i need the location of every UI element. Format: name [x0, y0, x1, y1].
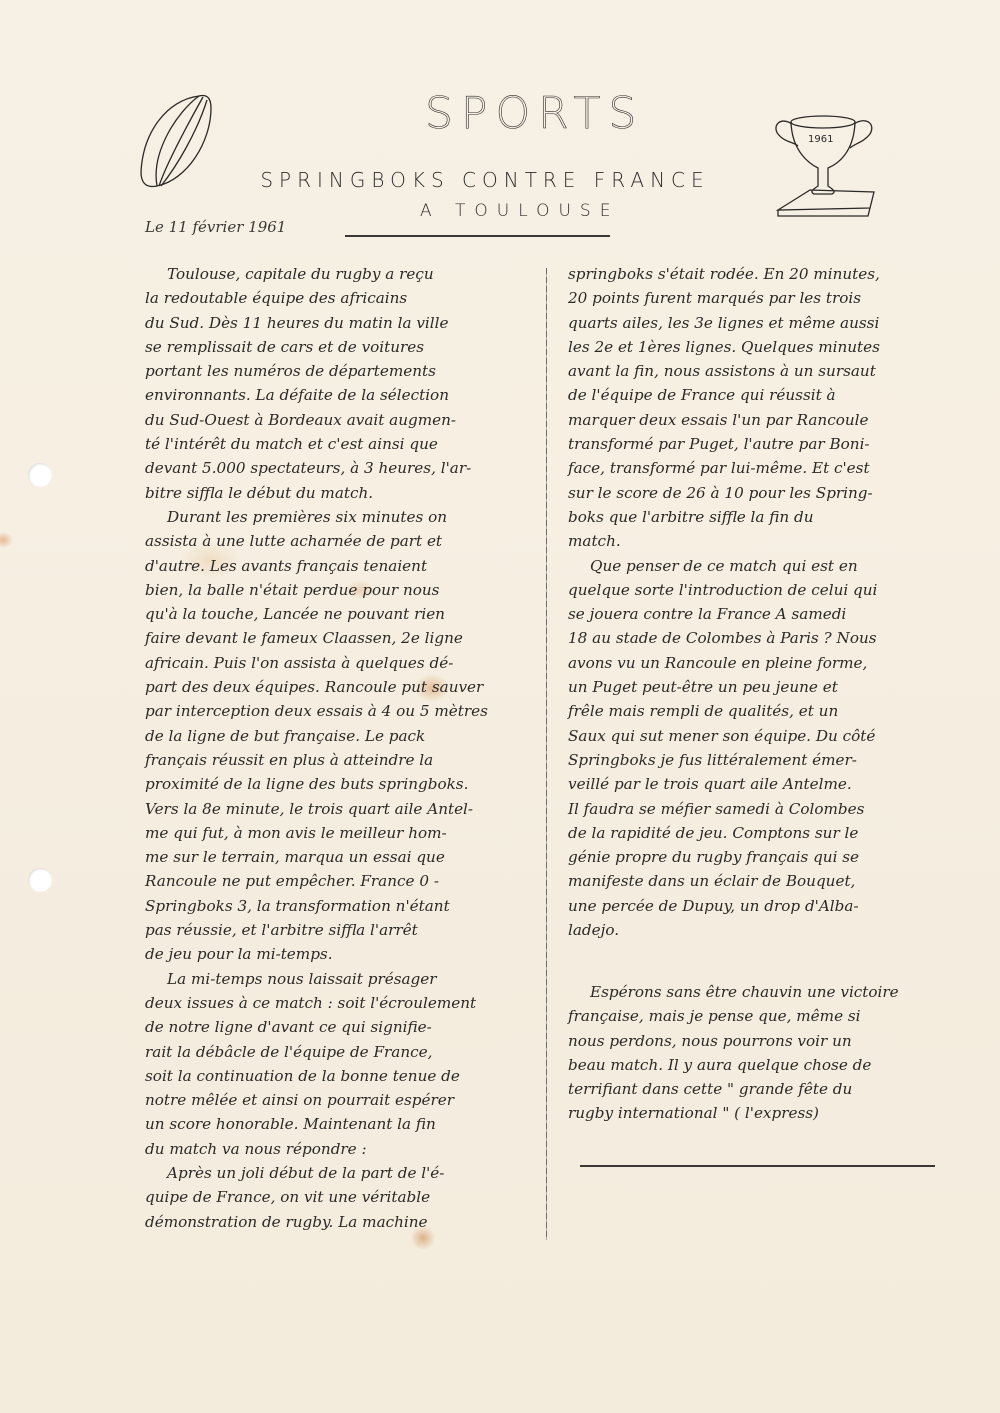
text-line: pas réussie, et l'arbitre siffla l'arrêt — [145, 918, 530, 942]
closing-divider — [580, 1165, 935, 1167]
text-line: se jouera contre la France A samedi — [568, 602, 968, 626]
text-line: boks que l'arbitre siffle la fin du — [568, 505, 968, 529]
text-line: beau match. Il y aura quelque chose de — [568, 1053, 968, 1077]
text-line: bien, la balle n'était perdue pour nous — [145, 578, 530, 602]
text-line: assista à une lutte acharnée de part et — [145, 529, 530, 553]
text-line: me qui fut, à mon avis le meilleur hom- — [145, 821, 530, 845]
text-line: Après un joli début de la part de l'é- — [145, 1161, 530, 1185]
text-line: français réussit en plus à atteindre la — [145, 748, 530, 772]
text-line: la redoutable équipe des africains — [145, 286, 530, 310]
text-line: de notre ligne d'avant ce qui signifie- — [145, 1015, 530, 1039]
text-line: Espérons sans être chauvin une victoire — [568, 980, 968, 1004]
text-line: française, mais je pense que, même si — [568, 1004, 968, 1028]
text-line: avant la fin, nous assistons à un sursau… — [568, 359, 968, 383]
text-line: africain. Puis l'on assista à quelques d… — [145, 651, 530, 675]
text-line: qu'à la touche, Lancée ne pouvant rien — [145, 602, 530, 626]
text-line: de la ligne de but française. Le pack — [145, 724, 530, 748]
text-line: quarts ailes, les 3e lignes et même auss… — [568, 311, 968, 335]
article-date: Le 11 février 1961 — [145, 218, 286, 236]
text-line: bitre siffla le début du match. — [145, 481, 530, 505]
text-line: faire devant le fameux Claassen, 2e lign… — [145, 626, 530, 650]
text-line: notre mêlée et ainsi on pourrait espérer — [145, 1088, 530, 1112]
text-line: par interception deux essais à 4 ou 5 mè… — [145, 699, 530, 723]
text-line: té l'intérêt du match et c'est ainsi que — [145, 432, 530, 456]
column-divider — [546, 268, 547, 1240]
text-line: manifeste dans un éclair de Bouquet, — [568, 869, 968, 893]
text-line: génie propre du rugby français qui se — [568, 845, 968, 869]
text-line: Il faudra se méfier samedi à Colombes — [568, 797, 968, 821]
article-headline: SPRINGBOKS CONTRE FRANCE — [205, 168, 765, 192]
text-line: du Sud. Dès 11 heures du matin la ville — [145, 311, 530, 335]
text-line: transformé par Puget, l'autre par Boni- — [568, 432, 968, 456]
text-line: Saux qui sut mener son équipe. Du côté — [568, 724, 968, 748]
text-line: environnants. La défaite de la sélection — [145, 383, 530, 407]
text-line: face, transformé par lui-même. Et c'est — [568, 456, 968, 480]
text-line: marquer deux essais l'un par Rancoule — [568, 408, 968, 432]
text-line: un Puget peut-être un peu jeune et — [568, 675, 968, 699]
text-line: Rancoule ne put empêcher. France 0 - — [145, 869, 530, 893]
text-line: avons vu un Rancoule en pleine forme, — [568, 651, 968, 675]
text-line: Durant les premières six minutes on — [145, 505, 530, 529]
text-line: de l'équipe de France qui réussit à — [568, 383, 968, 407]
text-line: ladejo. — [568, 918, 968, 942]
trophy-icon: 1961 — [770, 112, 880, 227]
text-line: Que penser de ce match qui est en — [568, 554, 968, 578]
text-line: 18 au stade de Colombes à Paris ? Nous — [568, 626, 968, 650]
text-line: frêle mais rempli de qualités, et un — [568, 699, 968, 723]
text-line: rugby international " ( l'express) — [568, 1101, 968, 1125]
text-line: veillé par le trois quart aile Antelme. — [568, 772, 968, 796]
punch-hole-bottom — [28, 868, 52, 892]
text-line: rait la débâcle de l'équipe de France, — [145, 1040, 530, 1064]
text-line: du Sud-Ouest à Bordeaux avait augmen- — [145, 408, 530, 432]
text-line: Toulouse, capitale du rugby a reçu — [145, 262, 530, 286]
text-line: les 2e et 1ères lignes. Quelques minutes — [568, 335, 968, 359]
right-column: springboks s'était rodée. En 20 minutes,… — [568, 262, 968, 942]
text-line: démonstration de rugby. La machine — [145, 1210, 530, 1234]
left-column: Toulouse, capitale du rugby a reçula red… — [145, 262, 530, 1234]
text-line: part des deux équipes. Rancoule put sauv… — [145, 675, 530, 699]
text-line: proximité de la ligne des buts springbok… — [145, 772, 530, 796]
text-line: springboks s'était rodée. En 20 minutes, — [568, 262, 968, 286]
text-line: La mi-temps nous laissait présager — [145, 967, 530, 991]
closing-paragraph: Espérons sans être chauvin une victoiref… — [568, 980, 968, 1126]
text-line: sur le score de 26 à 10 pour les Spring- — [568, 481, 968, 505]
text-line: me sur le terrain, marqua un essai que — [145, 845, 530, 869]
trophy-year: 1961 — [808, 134, 833, 145]
text-line: de jeu pour la mi-temps. — [145, 942, 530, 966]
text-line: Springboks je fus littéralement émer- — [568, 748, 968, 772]
text-line: Vers la 8e minute, le trois quart aile A… — [145, 797, 530, 821]
text-line: terrifiant dans cette " grande fête du — [568, 1077, 968, 1101]
text-line: de la rapidité de jeu. Comptons sur le — [568, 821, 968, 845]
text-line: nous perdons, nous pourrons voir un — [568, 1029, 968, 1053]
text-line: du match va nous répondre : — [145, 1137, 530, 1161]
text-line: deux issues à ce match : soit l'écroulem… — [145, 991, 530, 1015]
text-line: un score honorable. Maintenant la fin — [145, 1112, 530, 1136]
header-divider — [345, 235, 610, 237]
text-line: se remplissait de cars et de voitures — [145, 335, 530, 359]
text-line: match. — [568, 529, 968, 553]
text-line: devant 5.000 spectateurs, à 3 heures, l'… — [145, 456, 530, 480]
text-line: portant les numéros de départements — [145, 359, 530, 383]
text-line: d'autre. Les avants français tenaient — [145, 554, 530, 578]
text-line: Springboks 3, la transformation n'étant — [145, 894, 530, 918]
text-line: une percée de Dupuy, un drop d'Alba- — [568, 894, 968, 918]
page-title: SPORTS — [425, 88, 605, 139]
text-line: soit la continuation de la bonne tenue d… — [145, 1064, 530, 1088]
article-location: A TOULOUSE — [420, 201, 680, 221]
text-line: 20 points furent marqués par les trois — [568, 286, 968, 310]
text-line: quipe de France, on vit une véritable — [145, 1185, 530, 1209]
punch-hole-top — [28, 463, 52, 487]
text-line: quelque sorte l'introduction de celui qu… — [568, 578, 968, 602]
